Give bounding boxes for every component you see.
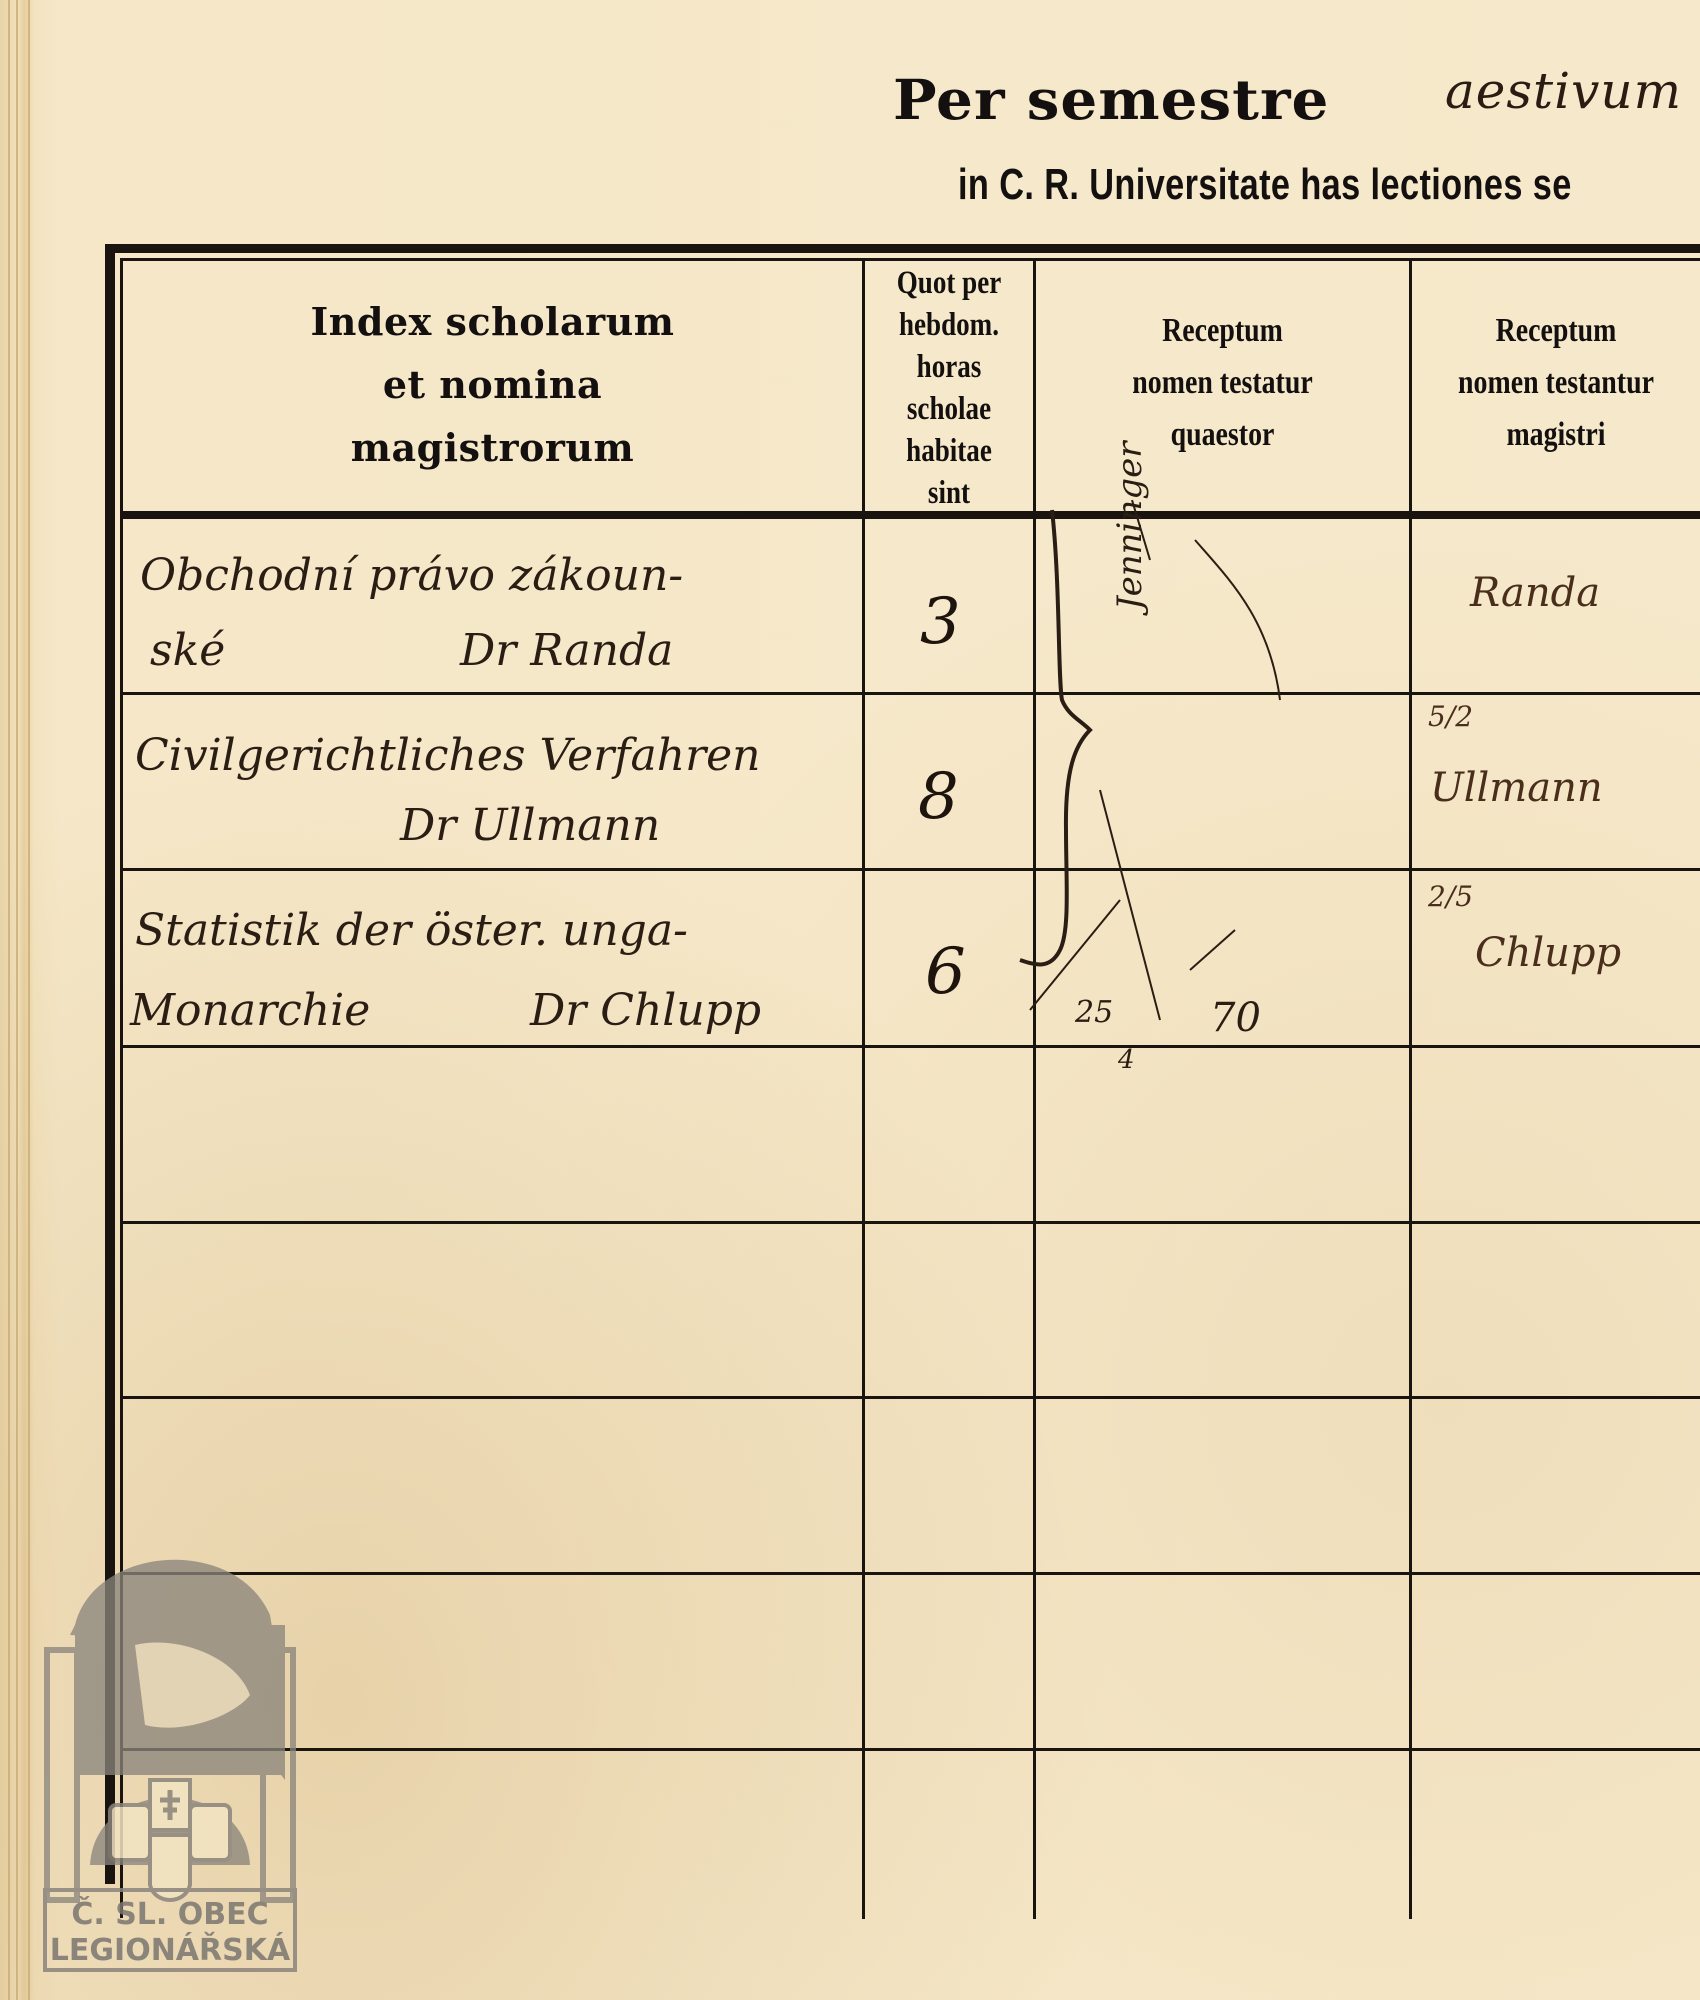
row-divider	[123, 1221, 1700, 1224]
header-line: Index scholarum	[123, 290, 862, 353]
watermark-line2: LEGIONÁŘSKÁ	[35, 1933, 305, 1968]
legion-watermark-logo: Č. SL. OBEC LEGIONÁŘSKÁ	[35, 1535, 305, 1975]
curly-brace-icon	[1020, 510, 1090, 964]
signature-date: 5/2	[1428, 700, 1473, 733]
header-line: Receptum	[1438, 305, 1674, 357]
weekly-hours: 8	[918, 760, 959, 834]
weekly-hours: 6	[925, 935, 966, 1009]
subject-name: Statistik der öster. unga-	[135, 905, 688, 956]
column-header-hours: Quot per hebdom. horas scholae habitae s…	[880, 262, 1018, 514]
binding-edge	[28, 0, 30, 2000]
subject-name-cont: Monarchie	[130, 985, 370, 1036]
header-line: hebdom.	[880, 304, 1018, 346]
binding-edge	[8, 0, 10, 2000]
row-divider	[123, 692, 1700, 695]
page-title: Per semestre	[893, 68, 1329, 133]
magister-signature: Ullmann	[1430, 765, 1603, 811]
subject-name: Civilgerichtliches Verfahren	[135, 730, 761, 781]
header-line: magistri	[1438, 409, 1674, 461]
header-line: nomen testatur	[1070, 357, 1376, 409]
header-line: sint	[880, 472, 1018, 514]
subject-name-cont: ské	[150, 625, 225, 676]
quaestor-signature: Jenninger	[1110, 442, 1150, 610]
lecturer-name: Dr Randa	[460, 625, 673, 676]
header-line: horas	[880, 346, 1018, 388]
header-line: et nomina	[123, 353, 862, 416]
column-divider	[862, 261, 865, 1919]
subject-name: Obchodní právo zákoun-	[140, 550, 683, 601]
strike-line	[1030, 900, 1120, 1010]
table-border-top-inner	[121, 258, 1700, 261]
date-denominator: 4	[1118, 1045, 1135, 1075]
magister-signature: Randa	[1470, 570, 1600, 616]
header-line: habitae	[880, 430, 1018, 472]
lecturer-name: Dr Ullmann	[400, 800, 660, 851]
header-line: scholae	[880, 388, 1018, 430]
header-line: nomen testantur	[1438, 357, 1674, 409]
header-line: Quot per	[880, 262, 1018, 304]
fee-amount: 70	[1210, 995, 1261, 1041]
table-border-top	[105, 244, 1700, 253]
column-header-index: Index scholarum et nomina magistrorum	[123, 290, 862, 479]
column-divider	[1409, 261, 1412, 1919]
signature-date: 2/5	[1428, 880, 1473, 913]
header-line: magistrorum	[123, 416, 862, 479]
row-divider	[123, 1572, 1700, 1575]
column-header-magistri: Receptum nomen testantur magistri	[1438, 305, 1674, 461]
row-divider	[123, 1045, 1700, 1048]
row-divider	[123, 1748, 1700, 1751]
row-divider	[123, 868, 1700, 871]
page-subtitle: in C. R. Universitate has lectiones se	[958, 160, 1572, 210]
header-line: Receptum	[1070, 305, 1376, 357]
date-numerator: 25	[1075, 995, 1113, 1030]
quaestor-brace-annotation	[1000, 500, 1400, 1150]
watermark-line1: Č. SL. OBEC	[35, 1897, 305, 1932]
semester-handwritten: aestivum	[1445, 62, 1682, 120]
column-header-quaestor: Receptum nomen testatur quaestor	[1070, 305, 1376, 461]
lecturer-name: Dr Chlupp	[530, 985, 761, 1036]
row-divider	[123, 1396, 1700, 1399]
magister-signature: Chlupp	[1475, 930, 1621, 976]
weekly-hours: 3	[920, 585, 961, 659]
binding-edge	[16, 0, 18, 2000]
